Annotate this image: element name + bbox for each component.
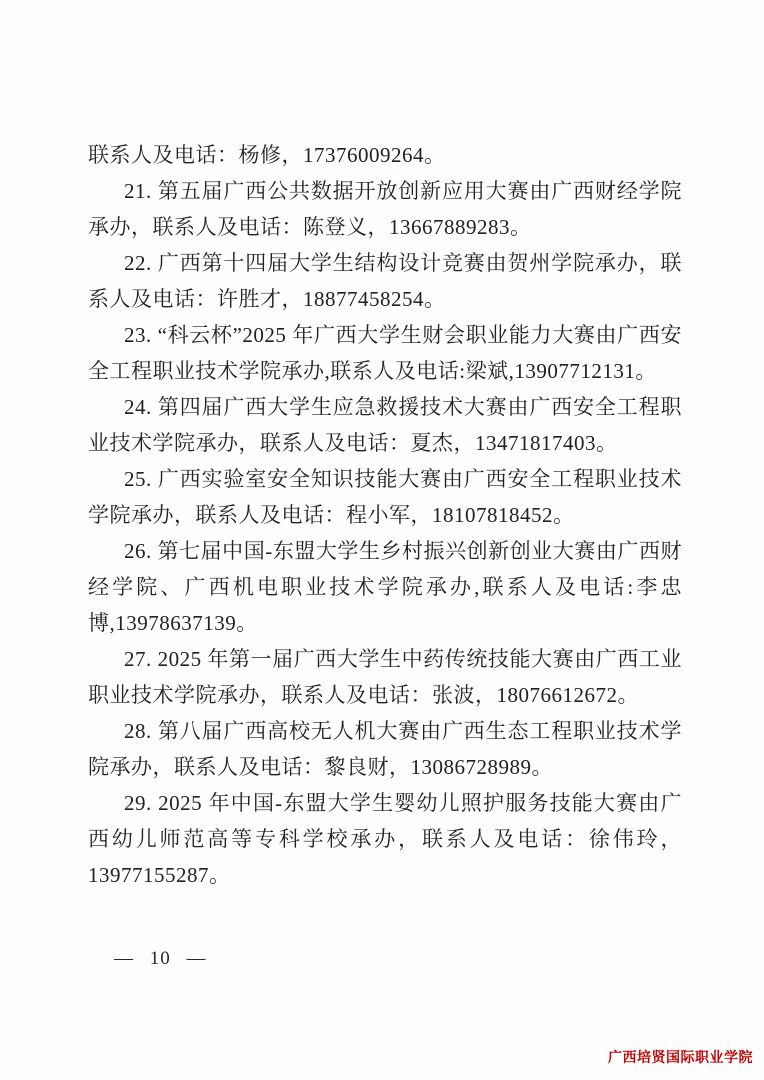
paragraph-item-27: 27. 2025 年第一届广西大学生中药传统技能大赛由广西工业职业技术学院承办，… bbox=[88, 641, 682, 713]
paragraph-item-22: 22. 广西第十四届大学生结构设计竞赛由贺州学院承办，联系人及电话：许胜才，18… bbox=[88, 245, 682, 317]
page-number: — 10 — bbox=[114, 948, 207, 970]
paragraph-item-25: 25. 广西实验室安全知识技能大赛由广西安全工程职业技术学院承办，联系人及电话：… bbox=[88, 461, 682, 533]
paragraph-item-29: 29. 2025 年中国-东盟大学生婴幼儿照护服务技能大赛由广西幼儿师范高等专科… bbox=[88, 785, 682, 893]
paragraph-item-26: 26. 第七届中国-东盟大学生乡村振兴创新创业大赛由广西财经学院、广西机电职业技… bbox=[88, 533, 682, 641]
document-page: 联系人及电话：杨修，17376009264。 21. 第五届广西公共数据开放创新… bbox=[0, 0, 764, 1080]
institution-watermark: 广西培贤国际职业学院 bbox=[608, 1047, 753, 1067]
paragraph-item-24: 24. 第四届广西大学生应急救援技术大赛由广西安全工程职业技术学院承办，联系人及… bbox=[88, 389, 682, 461]
paragraph-item-20-continuation: 联系人及电话：杨修，17376009264。 bbox=[88, 137, 682, 173]
paragraph-item-23: 23. “科云杯”2025 年广西大学生财会职业能力大赛由广西安全工程职业技术学… bbox=[88, 317, 682, 389]
document-body: 联系人及电话：杨修，17376009264。 21. 第五届广西公共数据开放创新… bbox=[88, 137, 682, 893]
paragraph-item-28: 28. 第八届广西高校无人机大赛由广西生态工程职业技术学院承办，联系人及电话：黎… bbox=[88, 713, 682, 785]
paragraph-item-21: 21. 第五届广西公共数据开放创新应用大赛由广西财经学院承办，联系人及电话：陈登… bbox=[88, 173, 682, 245]
